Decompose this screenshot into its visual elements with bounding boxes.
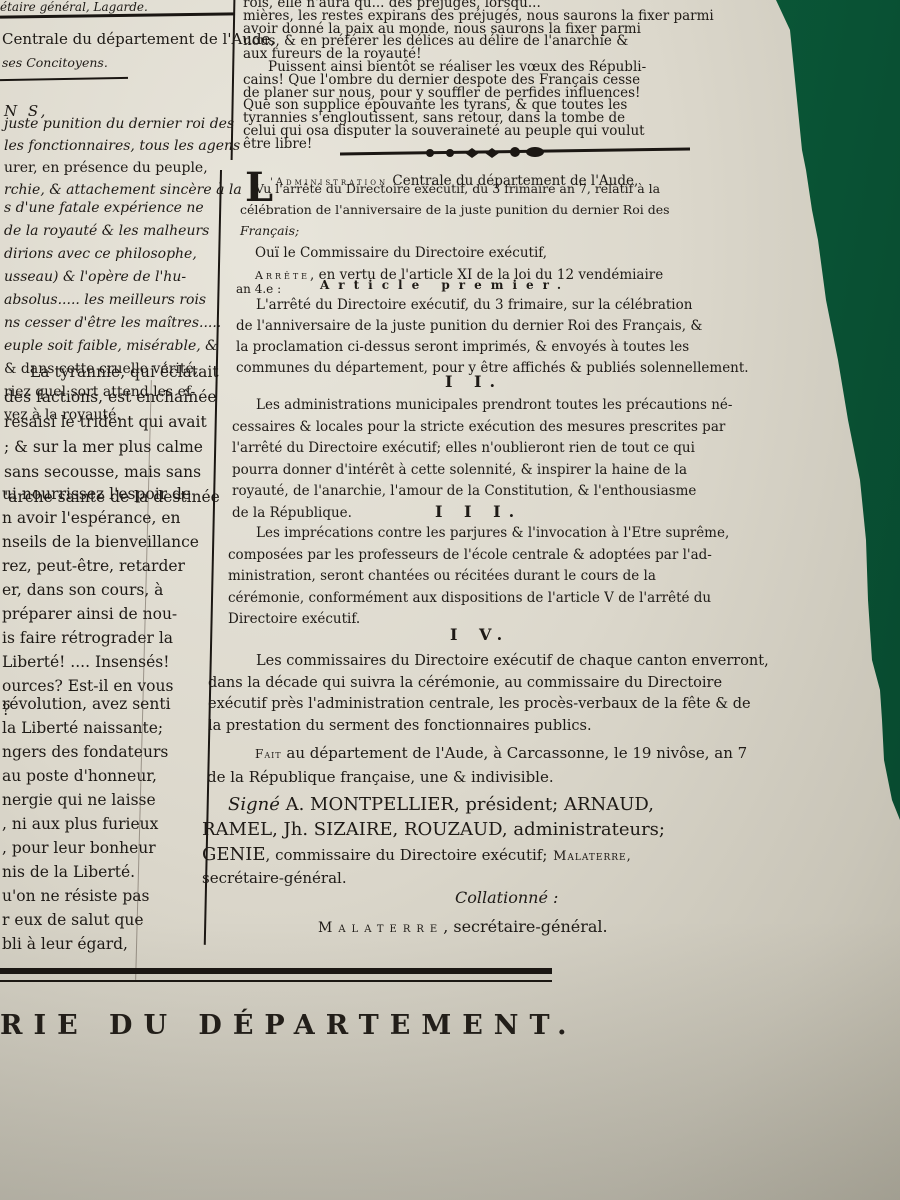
left-column-line: , ni aux plus furieux: [2, 812, 158, 837]
left-column-line: révolution, avez senti: [2, 692, 171, 717]
ornament-divider-icon: [340, 145, 700, 161]
left-column-line: er, dans son cours, à: [2, 578, 163, 603]
article-line: L'arrêté du Directoire exécutif, du 3 fr…: [256, 294, 692, 316]
collationne-signature: Malaterre, secrétaire-général.: [318, 917, 608, 936]
printed-document: étaire général, Lagarde. Centrale du dép…: [0, 0, 900, 1200]
vu-line: célébration de l'anniversaire de la just…: [240, 199, 670, 221]
left-column-line: ngers des fondateurs: [2, 740, 168, 765]
secretary-name: Malaterre,: [553, 849, 632, 864]
left-column-line: ns cesser d'être les maîtres.....: [4, 311, 221, 336]
article-line: pourra donner d'intérêt à cette solennit…: [232, 459, 687, 481]
left-column-line: la Liberté naissante;: [2, 716, 163, 741]
article-line: exécutif près l'administration centrale,…: [208, 693, 751, 715]
vu-line: Français;: [240, 220, 299, 242]
left-column-line: au poste d'honneur,: [2, 764, 157, 789]
article-line: dans la décade qui suivra la cérémonie, …: [208, 672, 722, 694]
article-line: composées par les professeurs de l'école…: [228, 544, 712, 566]
left-column-line: s d'une fatale expérience ne: [4, 196, 204, 221]
article-line: de la République.: [232, 502, 352, 524]
fait-line-2: de la République française, une & indivi…: [207, 766, 554, 788]
imprint-line: RIE DU DÉPARTEMENT.: [0, 1010, 577, 1041]
left-column-line: r eux de salut que: [2, 908, 144, 933]
vu-line: Vu l'arrêté du Directoire exécutif, du 3…: [255, 178, 660, 200]
article-line: cessaires & locales pour la stricte exéc…: [232, 416, 725, 438]
footer-rule-thick: [0, 968, 552, 974]
fait-line-1-text: au département de l'Aude, à Carcassonne,…: [286, 744, 747, 762]
left-column-line: bli à leur égard,: [2, 932, 128, 957]
signature-line-1-text: A. MONTPELLIER, président; ARNAUD,: [286, 794, 654, 815]
article-line: Les commissaires du Directoire exécutif …: [256, 650, 769, 672]
left-column-line: La tyrannie, qui éclatait: [30, 360, 219, 385]
left-column-line: n avoir l'espérance, en: [2, 506, 180, 531]
left-column-line: ; & sur la mer plus calme: [4, 435, 203, 460]
fait-line-1: Fait au département de l'Aude, à Carcass…: [255, 742, 747, 765]
left-column-line: euple soit faible, misérable, &: [4, 334, 218, 359]
article-line: ministration, seront chantées ou récitée…: [228, 565, 656, 587]
genie-name: GENIE: [202, 844, 266, 865]
collationne-name: Malaterre: [318, 920, 443, 936]
article-heading: Article premier.: [320, 278, 570, 292]
left-column-line: u'on ne résiste pas: [2, 884, 149, 909]
article-line: l'arrêté du Directoire exécutif; elles n…: [232, 437, 695, 459]
article-heading: I I.: [445, 372, 503, 391]
left-header-fragment: étaire général, Lagarde.: [0, 0, 148, 14]
left-column-line: nergie qui ne laisse: [2, 788, 156, 813]
left-column-line: dirions avec ce philosophe,: [4, 242, 197, 267]
left-column-line: absolus..... les meilleurs rois: [4, 288, 206, 313]
article-line: la prestation du serment des fonctionnai…: [208, 715, 592, 737]
left-column-line: resaisi le trident qui avait: [4, 410, 207, 435]
left-column-line: préparer ainsi de nou-: [2, 602, 177, 627]
left-column-line: rez, peut-être, retarder: [2, 554, 185, 579]
signe-label: Signé: [228, 794, 280, 815]
article-heading: I I I.: [435, 502, 522, 521]
left-subtitle-line: ses Concitoyens.: [2, 55, 108, 70]
article-heading: I V.: [450, 625, 510, 644]
genie-title: , commissaire du Directoire exécutif;: [266, 846, 548, 864]
article-line: cérémonie, conformément aux dispositions…: [228, 587, 711, 609]
proclamation-line: être libre!: [243, 133, 312, 155]
footer-rule-thin: [0, 980, 552, 982]
left-column-line: des factions, est enchaînée: [4, 385, 217, 410]
left-column-line: usseau) & l'opère de l'hu-: [4, 265, 186, 290]
left-column-line: is faire rétrograder la: [2, 626, 173, 651]
signature-line-2: RAMEL, Jh. SIZAIRE, ROUZAUD, administrat…: [202, 817, 665, 842]
fait-word: Fait: [255, 747, 282, 761]
left-column-line: nseils de la bienveillance: [2, 530, 199, 555]
left-column-line: ui nourrissez l'espoir de: [2, 482, 191, 507]
article-line: Directoire exécutif.: [228, 608, 360, 630]
collationne-title: , secrétaire-général.: [443, 917, 607, 936]
signature-line-4: secrétaire-général.: [202, 866, 347, 891]
left-column-line: nis de la Liberté.: [2, 860, 135, 885]
signature-line-1: Signé A. MONTPELLIER, président; ARNAUD,: [228, 792, 654, 817]
article-line: Les administrations municipales prendron…: [256, 394, 732, 416]
subtitle-rule: [0, 77, 128, 81]
left-column-line: , pour leur bonheur: [2, 836, 156, 861]
collationne-label: Collationné :: [455, 888, 558, 907]
article-line: royauté, de l'anarchie, l'amour de la Co…: [232, 480, 696, 502]
oui-line: Ouï le Commissaire du Directoire exécuti…: [255, 242, 547, 264]
article-line: Les imprécations contre les parjures & l…: [256, 522, 729, 544]
article-line: de l'anniversaire de la juste punition d…: [236, 315, 702, 337]
left-column-line: de la royauté & les malheurs: [4, 219, 209, 244]
signature-line-3: GENIE, commissaire du Directoire exécuti…: [202, 842, 632, 869]
article-line: la proclamation ci-dessus seront imprimé…: [236, 336, 689, 358]
